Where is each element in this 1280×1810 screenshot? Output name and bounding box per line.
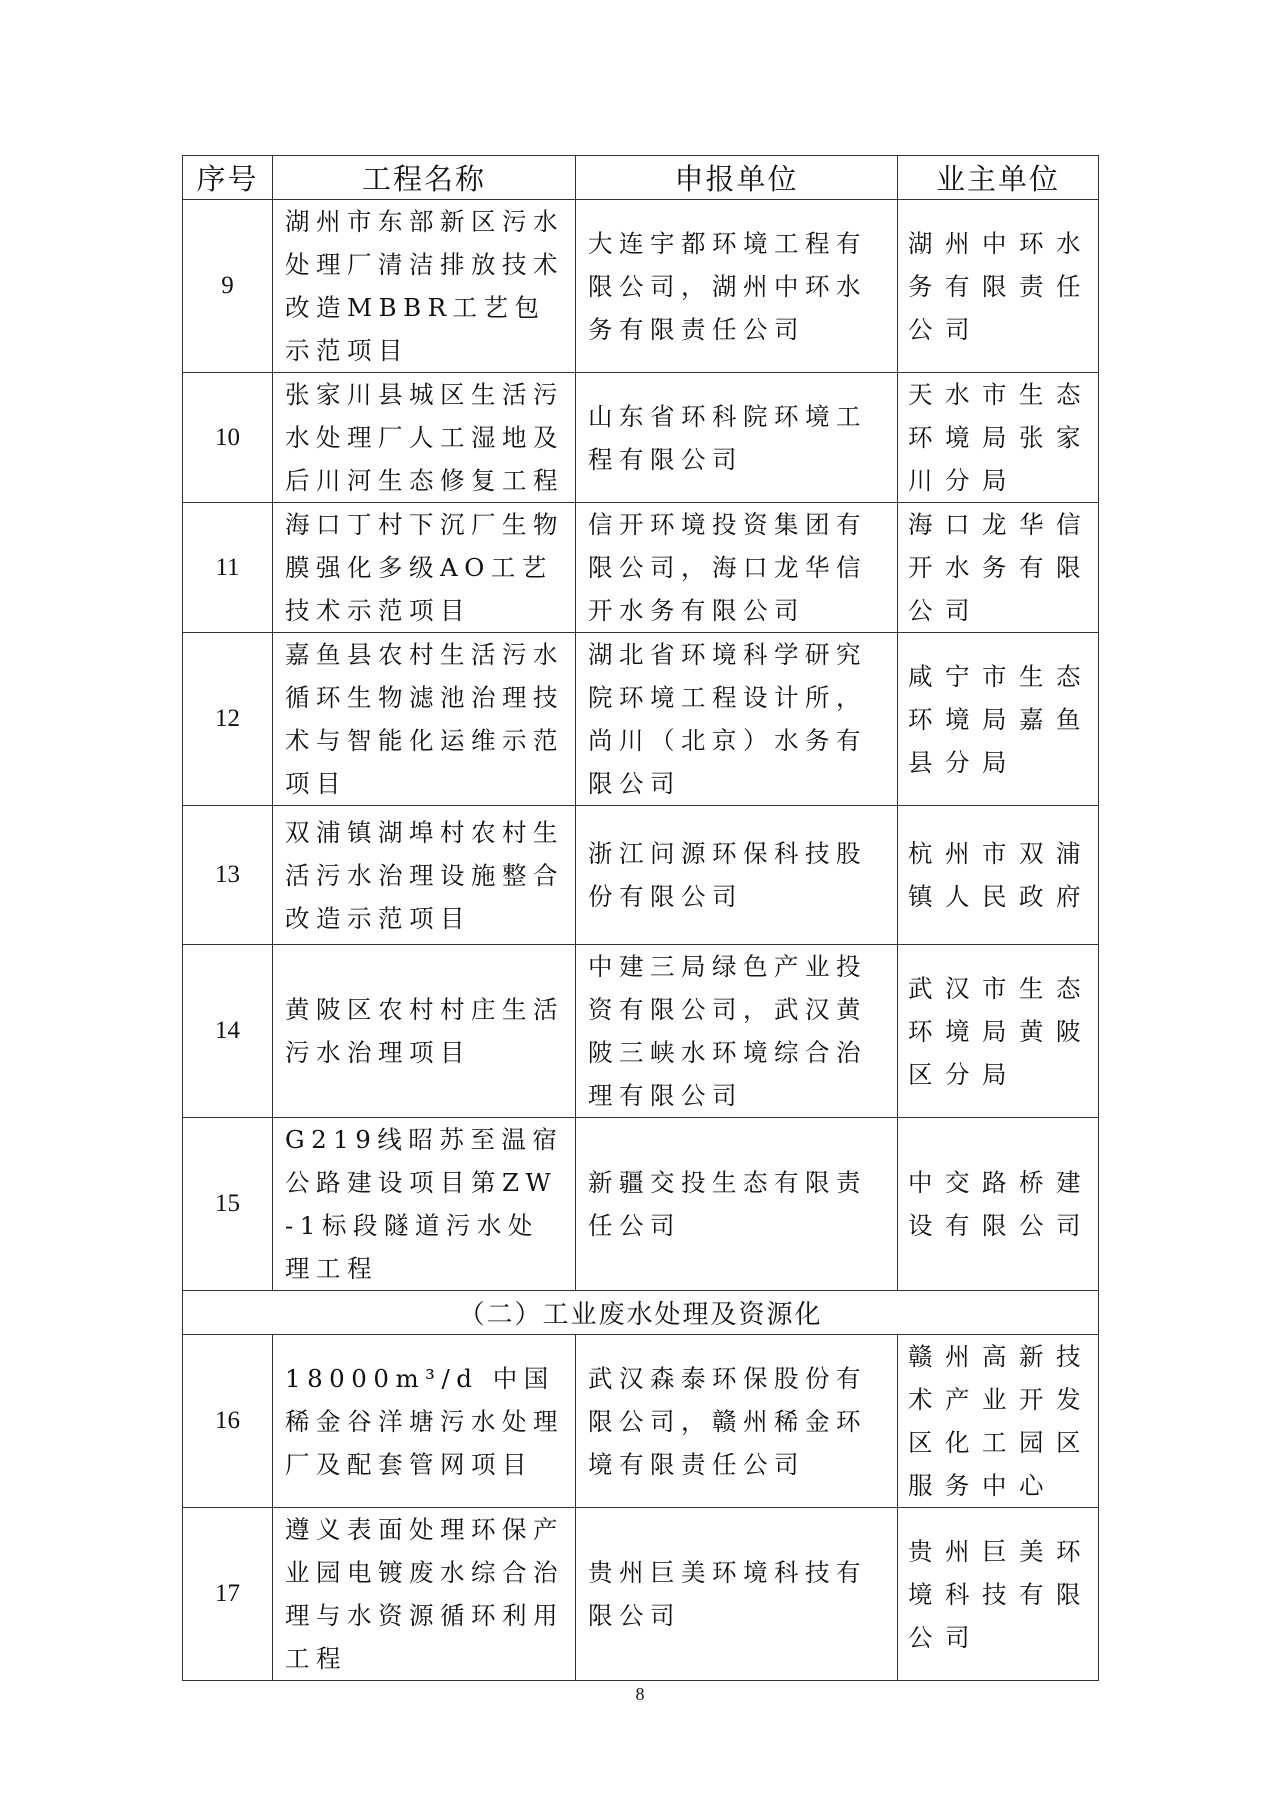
row-owner: 赣州高新技术产业开发区化工园区服务中心	[898, 1335, 1099, 1508]
project-name-text: 双浦镇湖埠村农村生活污水治理设施整合改造示范项目	[273, 811, 575, 940]
table-row: 12 嘉鱼县农村生活污水循环生物滤池治理技术与智能化运维示范项目 湖北省环境科学…	[183, 633, 1099, 806]
row-applicant: 湖北省环境科学研究院环境工程设计所，尚川（北京）水务有限公司	[576, 633, 898, 806]
applicant-text: 湖北省环境科学研究院环境工程设计所，尚川（北京）水务有限公司	[576, 633, 897, 805]
owner-text: 天水市生态环境局张家川分局	[898, 373, 1098, 502]
table-row: 14 黄陂区农村村庄生活污水治理项目 中建三局绿色产业投资有限公司，武汉黄陂三峡…	[183, 945, 1099, 1118]
row-owner: 海口龙华信开水务有限公司	[898, 503, 1099, 633]
row-no: 16	[183, 1335, 273, 1508]
row-applicant: 信开环境投资集团有限公司，海口龙华信开水务有限公司	[576, 503, 898, 633]
applicant-text: 大连宇都环境工程有限公司，湖州中环水务有限责任公司	[576, 222, 897, 351]
row-no: 17	[183, 1508, 273, 1681]
project-name-text: 黄陂区农村村庄生活污水治理项目	[273, 988, 575, 1074]
row-applicant: 中建三局绿色产业投资有限公司，武汉黄陂三峡水环境综合治理有限公司	[576, 945, 898, 1118]
row-project-name: 湖州市东部新区污水处理厂清洁排放技术改造MBBR工艺包示范项目	[273, 200, 576, 373]
owner-text: 赣州高新技术产业开发区化工园区服务中心	[898, 1335, 1098, 1507]
owner-text: 武汉市生态环境局黄陂区分局	[898, 967, 1098, 1096]
applicant-text: 新疆交投生态有限责任公司	[576, 1161, 897, 1247]
section-header-row: （二）工业废水处理及资源化	[183, 1291, 1099, 1335]
owner-text: 杭州市双浦镇人民政府	[898, 832, 1098, 918]
table-row: 11 海口丁村下沉厂生物膜强化多级AO工艺技术示范项目 信开环境投资集团有限公司…	[183, 503, 1099, 633]
section-title: （二）工业废水处理及资源化	[183, 1291, 1099, 1335]
row-no: 15	[183, 1118, 273, 1291]
table-row: 17 遵义表面处理环保产业园电镀废水综合治理与水资源循环利用工程 贵州巨美环境科…	[183, 1508, 1099, 1681]
row-owner: 天水市生态环境局张家川分局	[898, 373, 1099, 503]
row-owner: 武汉市生态环境局黄陂区分局	[898, 945, 1099, 1118]
row-no: 10	[183, 373, 273, 503]
project-name-text: 嘉鱼县农村生活污水循环生物滤池治理技术与智能化运维示范项目	[273, 633, 575, 805]
table-row: 13 双浦镇湖埠村农村生活污水治理设施整合改造示范项目 浙江问源环保科技股份有限…	[183, 806, 1099, 945]
row-no: 9	[183, 200, 273, 373]
owner-text: 咸宁市生态环境局嘉鱼县分局	[898, 655, 1098, 784]
table-row: 10 张家川县城区生活污水处理厂人工湿地及后川河生态修复工程 山东省环科院环境工…	[183, 373, 1099, 503]
owner-text: 湖州中环水务有限责任公司	[898, 222, 1098, 351]
row-applicant: 山东省环科院环境工程有限公司	[576, 373, 898, 503]
row-no: 12	[183, 633, 273, 806]
row-project-name: 嘉鱼县农村生活污水循环生物滤池治理技术与智能化运维示范项目	[273, 633, 576, 806]
header-owner: 业主单位	[898, 156, 1099, 200]
projects-table: 序号 工程名称 申报单位 业主单位 9 湖州市东部新区污水处理厂清洁排放技术改造…	[182, 155, 1099, 1681]
owner-text: 中交路桥建设有限公司	[898, 1161, 1098, 1247]
applicant-text: 浙江问源环保科技股份有限公司	[576, 832, 897, 918]
row-owner: 湖州中环水务有限责任公司	[898, 200, 1099, 373]
row-project-name: 张家川县城区生活污水处理厂人工湿地及后川河生态修复工程	[273, 373, 576, 503]
project-name-text: 张家川县城区生活污水处理厂人工湿地及后川河生态修复工程	[273, 373, 575, 502]
project-name-text: 湖州市东部新区污水处理厂清洁排放技术改造MBBR工艺包示范项目	[273, 200, 575, 372]
row-applicant: 新疆交投生态有限责任公司	[576, 1118, 898, 1291]
row-project-name: 遵义表面处理环保产业园电镀废水综合治理与水资源循环利用工程	[273, 1508, 576, 1681]
row-owner: 贵州巨美环境科技有限公司	[898, 1508, 1099, 1681]
table-header-row: 序号 工程名称 申报单位 业主单位	[183, 156, 1099, 200]
header-applicant: 申报单位	[576, 156, 898, 200]
project-name-text: G219线昭苏至温宿公路建设项目第ZW-1标段隧道污水处理工程	[273, 1118, 575, 1290]
project-name-text: 海口丁村下沉厂生物膜强化多级AO工艺技术示范项目	[273, 503, 575, 632]
owner-text: 海口龙华信开水务有限公司	[898, 503, 1098, 632]
row-project-name: 双浦镇湖埠村农村生活污水治理设施整合改造示范项目	[273, 806, 576, 945]
row-owner: 中交路桥建设有限公司	[898, 1118, 1099, 1291]
applicant-text: 贵州巨美环境科技有限公司	[576, 1551, 897, 1637]
applicant-text: 山东省环科院环境工程有限公司	[576, 395, 897, 481]
applicant-text: 信开环境投资集团有限公司，海口龙华信开水务有限公司	[576, 503, 897, 632]
applicant-text: 武汉森泰环保股份有限公司，赣州稀金环境有限责任公司	[576, 1357, 897, 1486]
row-applicant: 大连宇都环境工程有限公司，湖州中环水务有限责任公司	[576, 200, 898, 373]
header-project-name: 工程名称	[273, 156, 576, 200]
table-row: 9 湖州市东部新区污水处理厂清洁排放技术改造MBBR工艺包示范项目 大连宇都环境…	[183, 200, 1099, 373]
row-applicant: 武汉森泰环保股份有限公司，赣州稀金环境有限责任公司	[576, 1335, 898, 1508]
row-project-name: 18000m³/d 中国稀金谷洋塘污水处理厂及配套管网项目	[273, 1335, 576, 1508]
row-no: 14	[183, 945, 273, 1118]
row-project-name: G219线昭苏至温宿公路建设项目第ZW-1标段隧道污水处理工程	[273, 1118, 576, 1291]
owner-text: 贵州巨美环境科技有限公司	[898, 1530, 1098, 1659]
row-no: 13	[183, 806, 273, 945]
row-applicant: 浙江问源环保科技股份有限公司	[576, 806, 898, 945]
page-number: 8	[0, 1684, 1280, 1705]
row-owner: 杭州市双浦镇人民政府	[898, 806, 1099, 945]
table-row: 16 18000m³/d 中国稀金谷洋塘污水处理厂及配套管网项目 武汉森泰环保股…	[183, 1335, 1099, 1508]
applicant-text: 中建三局绿色产业投资有限公司，武汉黄陂三峡水环境综合治理有限公司	[576, 945, 897, 1117]
row-owner: 咸宁市生态环境局嘉鱼县分局	[898, 633, 1099, 806]
row-applicant: 贵州巨美环境科技有限公司	[576, 1508, 898, 1681]
header-no: 序号	[183, 156, 273, 200]
project-name-text: 18000m³/d 中国稀金谷洋塘污水处理厂及配套管网项目	[273, 1357, 575, 1486]
table-row: 15 G219线昭苏至温宿公路建设项目第ZW-1标段隧道污水处理工程 新疆交投生…	[183, 1118, 1099, 1291]
row-no: 11	[183, 503, 273, 633]
project-name-text: 遵义表面处理环保产业园电镀废水综合治理与水资源循环利用工程	[273, 1508, 575, 1680]
row-project-name: 黄陂区农村村庄生活污水治理项目	[273, 945, 576, 1118]
row-project-name: 海口丁村下沉厂生物膜强化多级AO工艺技术示范项目	[273, 503, 576, 633]
